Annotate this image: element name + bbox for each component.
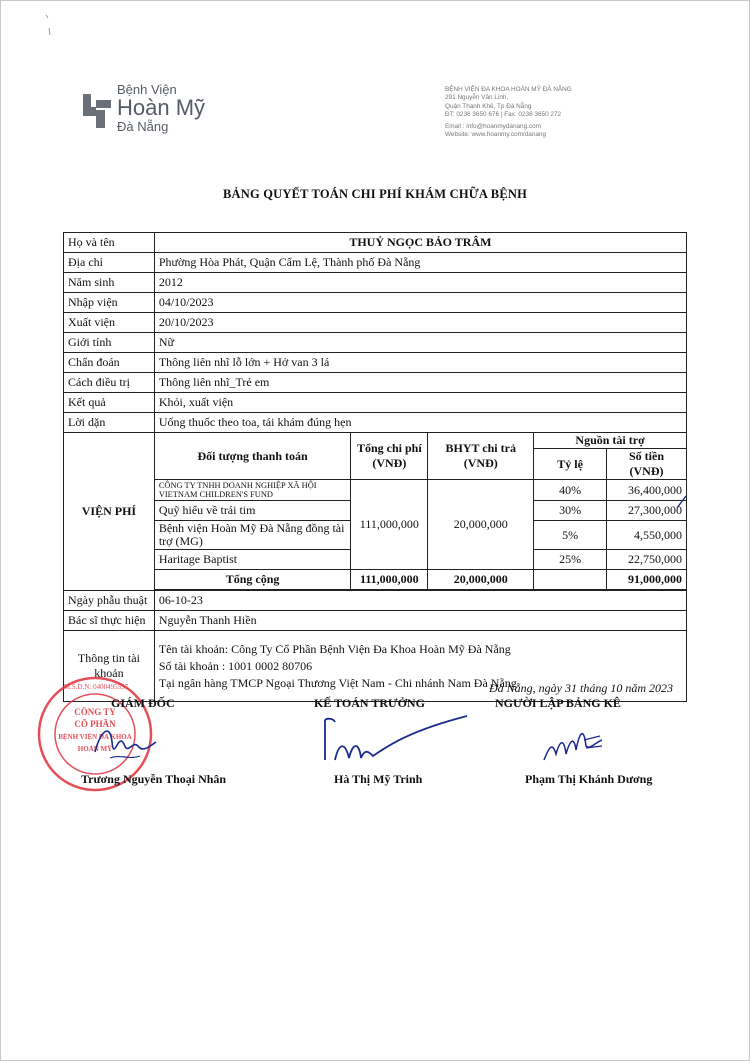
patient-name: THUỶ NGỌC BẢO TRÂM (154, 233, 686, 253)
total-cost: 111,000,000 (351, 480, 428, 570)
total-row: Tổng cộng 111,000,000 20,000,000 91,000,… (64, 570, 687, 590)
preparer-signature-icon (540, 720, 610, 765)
col-insurance: BHYT chi trả (VNĐ) (428, 433, 534, 480)
discharge-date: 20/10/2023 (154, 313, 686, 333)
hospital-contact-info: BỆNH VIỆN ĐA KHOA HOÀN MỸ ĐÀ NẴNG 291 Ng… (445, 86, 572, 139)
document-title: BẢNG QUYẾT TOÁN CHI PHÍ KHÁM CHỮA BỆNH (0, 187, 750, 202)
payer-rate: 30% (534, 501, 607, 521)
row-gender: Giới tínhNữ (64, 333, 687, 353)
preparer-title: NGƯỜI LẬP BẢNG KÊ (495, 696, 621, 711)
hospital-logo-icon (83, 94, 111, 128)
hospital-email: Email : info@hoanmydanang.com (445, 123, 572, 131)
diagnosis: Thông liên nhĩ lỗ lớn + Hở van 3 lá (154, 353, 686, 373)
row-admission: Nhập viện04/10/2023 (64, 293, 687, 313)
payer-name: CÔNG TY TNHH DOANH NGHIỆP XÃ HỘI VIETNAM… (154, 480, 351, 501)
director-name: Trương Nguyễn Thoại Nhân (81, 772, 226, 787)
col-rate: Tỷ lệ (534, 449, 607, 480)
label: Họ và tên (64, 233, 155, 253)
col-total: Tổng chi phí (VNĐ) (351, 433, 428, 480)
label: Bác sĩ thực hiện (64, 611, 155, 631)
label: Chẩn đoán (64, 353, 155, 373)
gender: Nữ (154, 333, 686, 353)
total-label: Tổng cộng (154, 570, 351, 590)
payer-rate: 25% (534, 550, 607, 570)
payer-amount: 22,750,000 (607, 550, 687, 570)
label: Kết quả (64, 393, 155, 413)
patient-address: Phường Hòa Phát, Quận Cẩm Lệ, Thành phố … (154, 253, 686, 273)
row-address: Địa chỉPhường Hòa Phát, Quận Cẩm Lệ, Thà… (64, 253, 687, 273)
label: Xuất viện (64, 313, 155, 333)
row-discharge: Xuất viện20/10/2023 (64, 313, 687, 333)
label: Lời dặn (64, 413, 155, 433)
row-result: Kết quảKhỏi, xuất viện (64, 393, 687, 413)
accountant-title: KẾ TOÁN TRƯỞNG (314, 696, 425, 711)
admission-date: 04/10/2023 (154, 293, 686, 313)
payer-name: Bệnh viện Hoàn Mỹ Đà Nẵng đồng tài trợ (… (154, 521, 351, 550)
pen-mark-icon (45, 14, 53, 36)
director-title: GIÁM ĐỐC (111, 696, 175, 711)
label: Giới tính (64, 333, 155, 353)
doctor-name: Nguyễn Thanh Hiền (154, 611, 686, 631)
hospital-website: Website: www.hoanmy.com/danang (445, 131, 572, 139)
hospital-address-2: Quận Thanh Khê, Tp Đà Nẵng (445, 103, 572, 111)
logo-line-2: Hoàn Mỹ (117, 97, 205, 119)
total-row-amount: 91,000,000 (607, 570, 687, 590)
row-name: Họ và tênTHUỶ NGỌC BẢO TRÂM (64, 233, 687, 253)
director-signature-icon (90, 712, 160, 772)
treatment: Thông liên nhĩ_Trẻ em (154, 373, 686, 393)
result: Khỏi, xuất viện (154, 393, 686, 413)
total-row-cost: 111,000,000 (351, 570, 428, 590)
row-surgery-date: Ngày phẫu thuật06-10-23 (64, 591, 687, 611)
advice: Uống thuốc theo toa, tái khám đúng hẹn (154, 413, 686, 433)
hospital-phone: ĐT: 0236 3650 676 | Fax: 0236 3650 272 (445, 111, 572, 119)
svg-text:M.S.D.N: 0400495597: M.S.D.N: 0400495597 (64, 683, 129, 691)
logo-line-3: Đà Nẵng (117, 119, 205, 134)
birth-year: 2012 (154, 273, 686, 293)
insurance-paid: 20,000,000 (428, 480, 534, 570)
total-row-rate (534, 570, 607, 590)
surgery-date: 06-10-23 (154, 591, 686, 611)
payer-rate: 40% (534, 480, 607, 501)
account-number: Số tài khoản : 1001 0002 80706 (159, 658, 682, 675)
account-name: Tên tài khoản: Công Ty Cổ Phần Bệnh Viện… (159, 641, 682, 658)
row-doctor: Bác sĩ thực hiệnNguyễn Thanh Hiền (64, 611, 687, 631)
settlement-table: Họ và tênTHUỶ NGỌC BẢO TRÂM Địa chỉPhườn… (63, 232, 687, 702)
pen-tick-icon (675, 494, 689, 510)
label: Cách điều trị (64, 373, 155, 393)
payer-row: CÔNG TY TNHH DOANH NGHIỆP XÃ HỘI VIETNAM… (64, 480, 687, 501)
label: Địa chỉ (64, 253, 155, 273)
row-birth-year: Năm sinh2012 (64, 273, 687, 293)
hospital-address-1: 291 Nguyễn Văn Linh, (445, 94, 572, 102)
hospital-logo: Bệnh Viện Hoàn Mỹ Đà Nẵng (83, 82, 303, 142)
col-sources: Nguồn tài trợ (534, 433, 687, 449)
row-diagnosis: Chẩn đoánThông liên nhĩ lỗ lớn + Hở van … (64, 353, 687, 373)
col-amount: Số tiền (VNĐ) (607, 449, 687, 480)
label: Ngày phẫu thuật (64, 591, 155, 611)
payer-name: Quỹ hiểu về trái tim (154, 501, 351, 521)
payer-name: Haritage Baptist (154, 550, 351, 570)
fees-section-label: VIỆN PHÍ (64, 433, 155, 591)
accountant-name: Hà Thị Mỹ Trinh (334, 772, 422, 787)
payer-rate: 5% (534, 521, 607, 550)
label: Năm sinh (64, 273, 155, 293)
fees-header-row: VIỆN PHÍ Đối tượng thanh toán Tổng chi p… (64, 433, 687, 449)
preparer-name: Phạm Thị Khánh Dương (525, 772, 652, 787)
accountant-signature-icon (315, 712, 475, 767)
total-row-insurance: 20,000,000 (428, 570, 534, 590)
row-advice: Lời dặnUống thuốc theo toa, tái khám đún… (64, 413, 687, 433)
col-payer: Đối tượng thanh toán (154, 433, 351, 480)
signing-date: Đà Nẵng, ngày 31 tháng 10 năm 2023 (489, 681, 673, 696)
payer-amount: 4,550,000 (607, 521, 687, 550)
label: Nhập viện (64, 293, 155, 313)
row-treatment: Cách điều trịThông liên nhĩ_Trẻ em (64, 373, 687, 393)
